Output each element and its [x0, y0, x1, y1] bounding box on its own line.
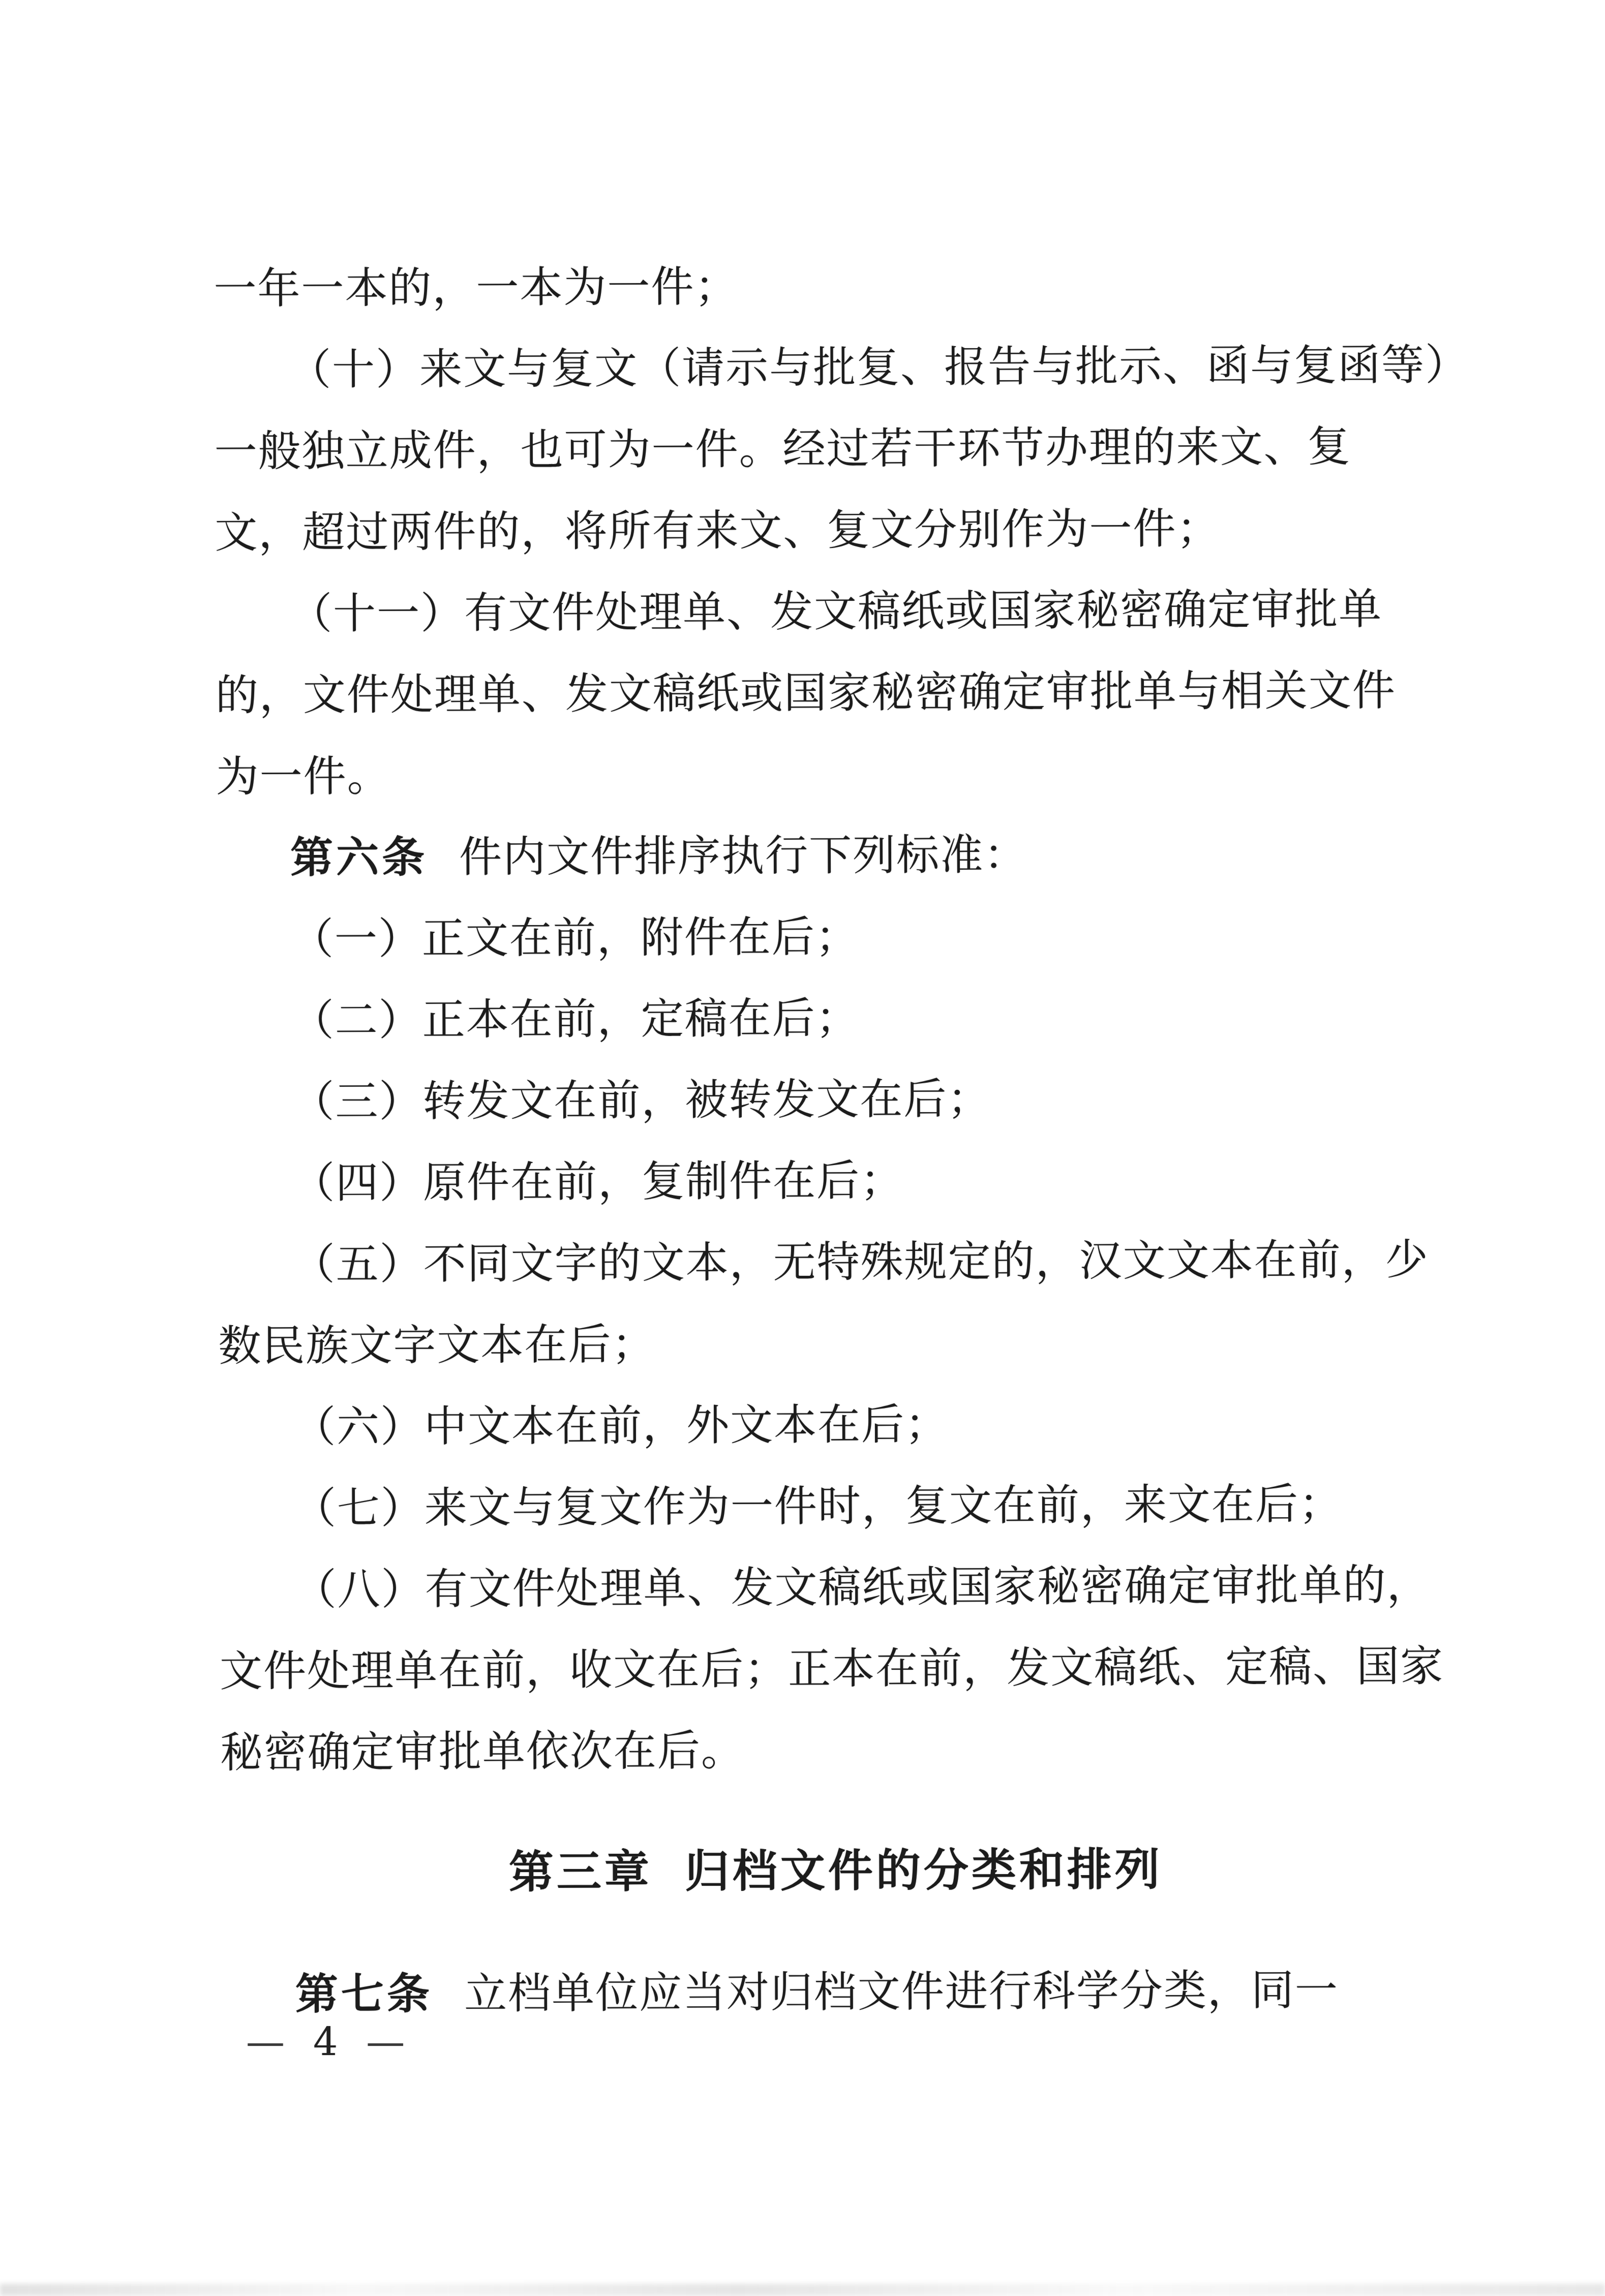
line-text: 件内文件排序执行下列标准：	[459, 830, 1027, 882]
line-text: 一般独立成件，也可为一件。经过若干环节办理的来文、复	[215, 421, 1351, 476]
line-text: （五）不同文字的文本，无特殊规定的，汉文文本在前，少	[292, 1235, 1429, 1290]
text-line: （十）来文与复文（请示与批复、报告与批示、函与复函等）	[214, 324, 1445, 411]
text-line: （二）正本在前，定稿在后；	[217, 974, 1447, 1061]
line-text: 的，文件处理单、发文稿纸或国家秘密确定审批单与相关文件	[216, 665, 1396, 720]
text-line: 文，超过两件的，将所有来文、复文分别作为一件；	[215, 486, 1445, 573]
text-line: 秘密确定审批单依次在后。	[220, 1706, 1451, 1793]
line-text: 数民族文字文本在后；	[218, 1319, 655, 1371]
line-text: 文，超过两件的，将所有来文、复文分别作为一件；	[215, 503, 1220, 558]
text-line: 文件处理单在前，收文在后；正本在前，发文稿纸、定稿、国家	[220, 1625, 1450, 1712]
line-text: （四）原件在前，复制件在后；	[292, 1155, 904, 1208]
footer-page-number: 4	[313, 2019, 338, 2064]
chapter-number: 第三章	[509, 1846, 652, 1897]
text-line: 一般独立成件，也可为一件。经过若干环节办理的来文、复	[214, 405, 1445, 492]
text-line: 为一件。	[216, 730, 1446, 817]
line-text: （七）来文与复文作为一件时，复文在前，来文在后；	[293, 1479, 1343, 1533]
text-line: （四）原件在前，复制件在后；	[218, 1137, 1448, 1224]
line-text: （二）正本在前，定稿在后；	[291, 993, 859, 1045]
article-label: 第七条	[295, 1970, 433, 2018]
line-text: （一）正文在前，附件在后；	[291, 911, 859, 964]
chapter-heading: 第三章归档文件的分类和排列	[221, 1827, 1451, 1914]
text-line: （一）正文在前，附件在后；	[217, 893, 1447, 980]
text-block: 一年一本的，一本为一件；（十）来文与复文（请示与批复、报告与批示、函与复函等）一…	[214, 242, 1451, 2035]
text-line: 一年一本的，一本为一件；	[214, 242, 1444, 329]
line-text: （六）中文本在前，外文本在后；	[293, 1399, 949, 1452]
text-line: （十一）有文件处理单、发文稿纸或国家秘密确定审批单	[215, 568, 1446, 655]
page-number: —4—	[246, 2019, 405, 2065]
line-text: （八）有文件处理单、发文稿纸或国家秘密确定审批单的，	[293, 1560, 1430, 1615]
chapter-title: 归档文件的分类和排列	[685, 1844, 1163, 1896]
line-text: （十一）有文件处理单、发文稿纸或国家秘密确定审批单	[289, 584, 1382, 638]
document-page: 一年一本的，一本为一件；（十）来文与复文（请示与批复、报告与批示、函与复函等）一…	[0, 0, 1605, 2296]
footer-dash-right: —	[366, 2019, 405, 2064]
text-line: 第七条立档单位应当对归档文件进行科学分类，同一	[221, 1948, 1452, 2035]
text-line: （五）不同文字的文本，无特殊规定的，汉文文本在前，少	[218, 1218, 1448, 1305]
line-text: （三）转发文在前，被转发文在后；	[291, 1074, 991, 1126]
text-line: 第六条件内文件排序执行下列标准：	[216, 812, 1447, 899]
text-line: （八）有文件处理单、发文稿纸或国家秘密确定审批单的，	[219, 1544, 1450, 1631]
line-text: 秘密确定审批单依次在后。	[220, 1725, 745, 1778]
line-text: 文件处理单在前，收文在后；正本在前，发文稿纸、定稿、国家	[220, 1641, 1444, 1696]
line-text: 立档单位应当对归档文件进行科学分类，同一	[464, 1965, 1339, 2018]
footer-dash-left: —	[246, 2019, 285, 2064]
text-line: 的，文件处理单、发文稿纸或国家秘密确定审批单与相关文件	[215, 649, 1446, 736]
text-line: 数民族文字文本在后；	[218, 1300, 1449, 1387]
line-text: （十）来文与复文（请示与批复、报告与批示、函与复函等）	[288, 340, 1469, 394]
line-text: 为一件。	[216, 751, 390, 802]
text-line: （七）来文与复文作为一件时，复文在前，来文在后；	[219, 1462, 1449, 1549]
text-line: （三）转发文在前，被转发文在后；	[217, 1056, 1448, 1143]
scan-artifact	[0, 2284, 1605, 2296]
text-line: （六）中文本在前，外文本在后；	[219, 1381, 1449, 1468]
article-label: 第六条	[290, 833, 428, 881]
line-text: 一年一本的，一本为一件；	[214, 261, 738, 314]
